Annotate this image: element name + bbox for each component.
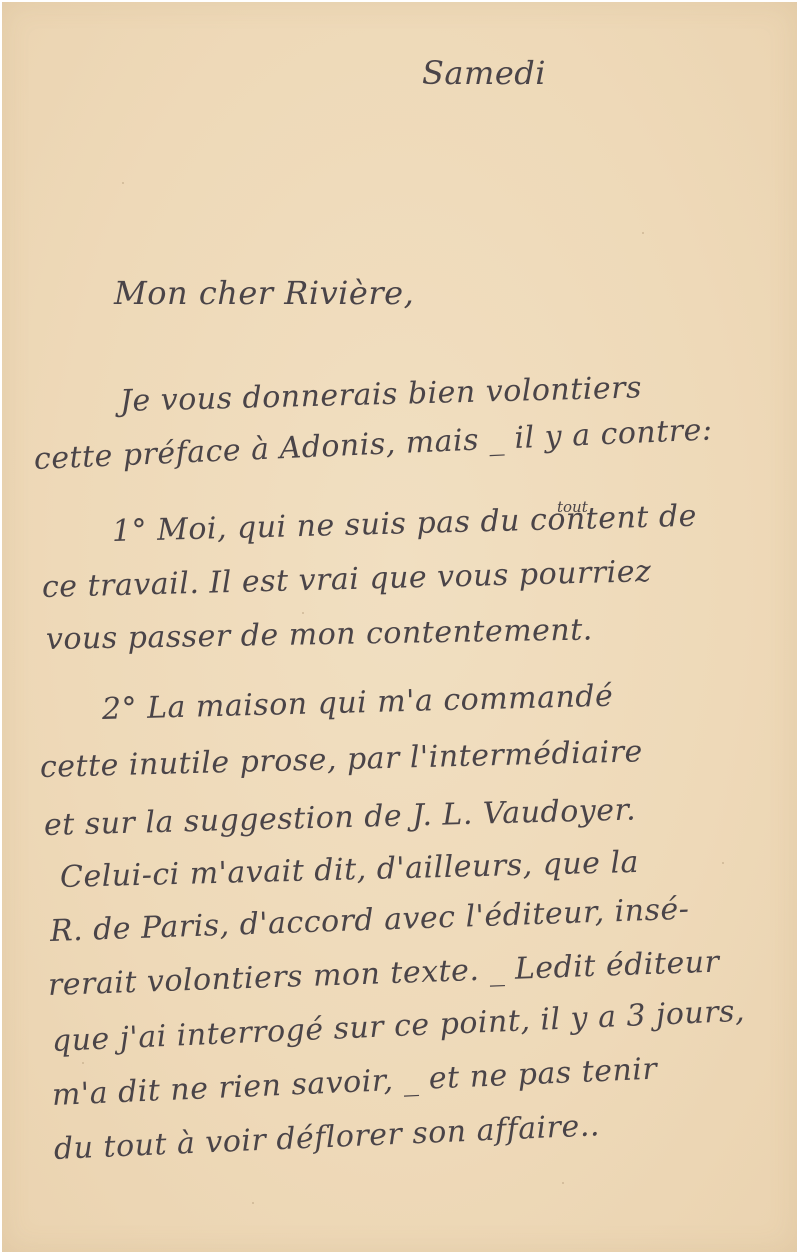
letter-line: vous passer de mon contentement. [46,612,593,657]
letter-line: 1° Moi, qui ne suis pas du content de [112,499,698,549]
letter-line: Je vous donnerais bien volontiers [120,370,643,419]
paper-speck [252,1202,254,1204]
letter-salutation: Mon cher Rivière, [114,274,414,312]
letter-line: rerait volontiers mon texte. _ Ledit édi… [47,945,720,1003]
paper-speck [562,1182,564,1184]
letter-line: R. de Paris, d'accord avec l'éditeur, in… [49,892,689,949]
letter-line: du tout à voir déflorer son affaire.. [53,1108,600,1167]
paper-speck [82,1062,84,1064]
letter-line: Celui-ci m'avait dit, d'ailleurs, que la [60,845,640,895]
paper-speck [122,182,124,184]
letter-line: 2° La maison qui m'a commandé [102,679,614,727]
letter-line: que j'ai interrogé sur ce point, il y a … [51,994,745,1059]
letter-paper: Samedi Mon cher Rivière, Je vous donnera… [2,2,797,1252]
paper-speck [722,862,724,864]
letter-line: cette inutile prose, par l'intermédiaire [40,734,644,785]
paper-speck [642,232,644,234]
letter-date: Samedi [422,54,546,92]
letter-line: m'a dit ne rien savoir, _ et ne pas teni… [51,1052,658,1113]
paper-speck [302,612,304,614]
letter-line: ce travail. Il est vrai que vous pourrie… [42,554,652,605]
letter-line: cette préface à Adonis, mais _ il y a co… [33,412,713,477]
letter-line: et sur la suggestion de J. L. Vaudoyer. [44,793,637,843]
